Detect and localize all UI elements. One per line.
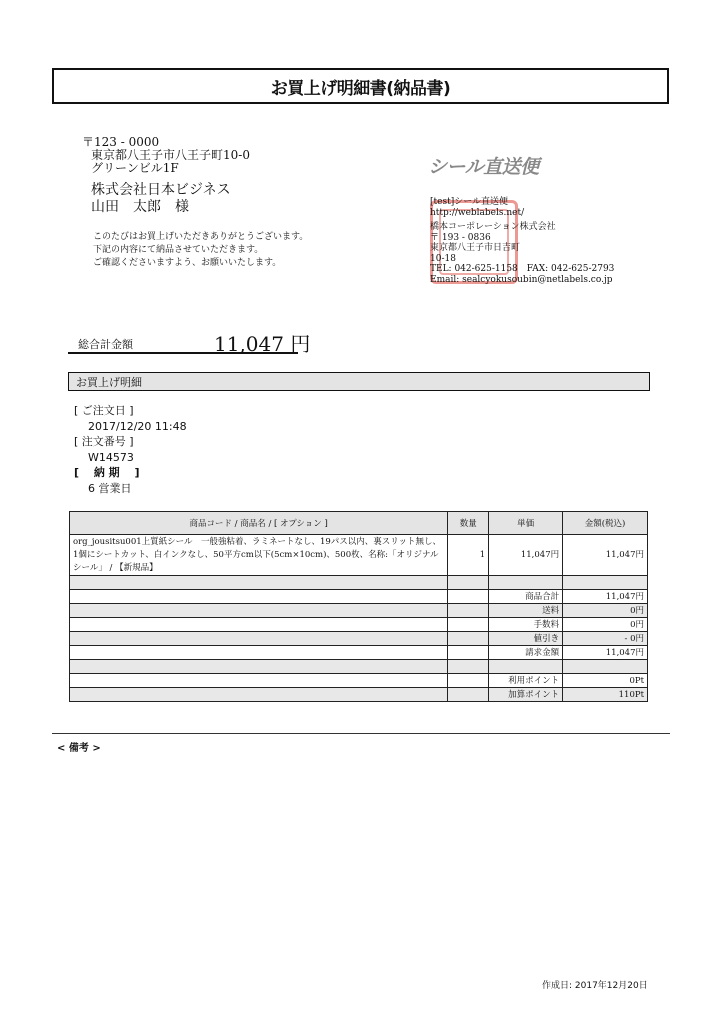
summary-value: 11,047円 <box>563 646 648 660</box>
summary-empty <box>70 590 448 604</box>
customer-address: 〒123 - 0000 東京都八王子市八王子町10-0 グリーンビル1F <box>82 136 250 175</box>
summary-row <box>70 576 648 590</box>
message-line: ご確認くださいますよう、お願いいたします。 <box>93 257 308 270</box>
order-number-value: W14573 <box>74 450 187 466</box>
order-date-value: 2017/12/20 11:48 <box>74 419 187 435</box>
message-line: このたびはお買上げいただきありがとうございます。 <box>93 231 308 244</box>
summary-empty <box>448 618 489 632</box>
summary-empty <box>448 646 489 660</box>
item-quantity: 1 <box>448 535 489 576</box>
total-label: 総合計金額 <box>78 336 133 352</box>
header-unit-price: 単価 <box>489 512 563 535</box>
summary-value: 0Pt <box>563 674 648 688</box>
order-number-label: [ 注文番号 ] <box>74 434 187 450</box>
summary-value: - 0円 <box>563 632 648 646</box>
summary-value: 110Pt <box>563 688 648 702</box>
customer-name: 山田 太郎 様 <box>91 199 231 216</box>
details-section-header: お買上げ明細 <box>68 372 650 391</box>
order-date-label: [ ご注文日 ] <box>74 403 187 419</box>
customer-address-line2: グリーンビル1F <box>82 162 250 175</box>
item-unit-price: 11,047円 <box>489 535 563 576</box>
summary-label: 値引き <box>489 632 563 646</box>
summary-row: 加算ポイント110Pt <box>70 688 648 702</box>
order-info: [ ご注文日 ] 2017/12/20 11:48 [ 注文番号 ] W1457… <box>74 403 187 496</box>
summary-row: 請求金額11,047円 <box>70 646 648 660</box>
summary-empty <box>70 674 448 688</box>
remarks-label: < 備考 > <box>57 739 101 754</box>
summary-label: 手数料 <box>489 618 563 632</box>
summary-empty <box>448 590 489 604</box>
summary-label <box>489 576 563 590</box>
summary-row: 手数料0円 <box>70 618 648 632</box>
summary-empty <box>70 618 448 632</box>
shop-info: [test]シール直送便 http://weblabels.net/ 橋本コーポ… <box>430 197 614 285</box>
summary-empty <box>448 660 489 674</box>
summary-row: 送料0円 <box>70 604 648 618</box>
table-header-row: 商品コード / 商品名 / [ オプション ] 数量 単価 金額(税込) <box>70 512 648 535</box>
item-amount: 11,047円 <box>563 535 648 576</box>
remarks-divider <box>52 733 670 734</box>
summary-empty <box>70 660 448 674</box>
summary-value: 11,047円 <box>563 590 648 604</box>
message-line: 下記の内容にて納品させていただきます。 <box>93 244 308 257</box>
thanks-message: このたびはお買上げいただきありがとうございます。 下記の内容にて納品させていただ… <box>93 231 308 270</box>
summary-value: 0円 <box>563 604 648 618</box>
shop-email: Email: sealcyokusoubin@netlabels.co.jp <box>430 275 614 286</box>
delivery-label: [ 納 期 ] <box>74 465 187 481</box>
summary-row: 利用ポイント0Pt <box>70 674 648 688</box>
summary-value <box>563 660 648 674</box>
header-amount: 金額(税込) <box>563 512 648 535</box>
summary-empty <box>448 576 489 590</box>
item-description: org_jousitsu001上質紙シール 一般強粘着、ラミネートなし、19パス… <box>70 535 448 576</box>
summary-label <box>489 660 563 674</box>
shop-postal: 〒 193 - 0836 <box>430 233 614 244</box>
summary-label: 加算ポイント <box>489 688 563 702</box>
shop-tel-fax: TEL: 042-625-1158 FAX: 042-625-2793 <box>430 264 614 275</box>
shop-store-name: [test]シール直送便 <box>430 197 614 208</box>
summary-empty <box>70 688 448 702</box>
summary-label: 利用ポイント <box>489 674 563 688</box>
items-table: 商品コード / 商品名 / [ オプション ] 数量 単価 金額(税込) org… <box>69 511 648 702</box>
summary-label: 送料 <box>489 604 563 618</box>
summary-value <box>563 576 648 590</box>
shop-logo: シール直送便 <box>428 152 539 179</box>
summary-label: 商品合計 <box>489 590 563 604</box>
summary-row <box>70 660 648 674</box>
summary-empty <box>70 576 448 590</box>
table-row: org_jousitsu001上質紙シール 一般強粘着、ラミネートなし、19パス… <box>70 535 648 576</box>
delivery-value: 6 営業日 <box>74 481 187 497</box>
summary-label: 請求金額 <box>489 646 563 660</box>
customer-company: 株式会社日本ビジネス <box>91 182 231 199</box>
summary-row: 値引き- 0円 <box>70 632 648 646</box>
shop-address-line1: 東京都八王子市日吉町 <box>430 243 614 254</box>
header-quantity: 数量 <box>448 512 489 535</box>
summary-empty <box>70 646 448 660</box>
summary-empty <box>448 674 489 688</box>
header-product: 商品コード / 商品名 / [ オプション ] <box>70 512 448 535</box>
shop-company: 橋本コーポレーション株式会社 <box>430 222 614 233</box>
summary-row: 商品合計11,047円 <box>70 590 648 604</box>
summary-empty <box>448 688 489 702</box>
total-underline <box>68 352 298 354</box>
shop-url: http://weblabels.net/ <box>430 208 614 219</box>
created-date: 作成日: 2017年12月20日 <box>542 978 648 991</box>
summary-value: 0円 <box>563 618 648 632</box>
shop-address-line2: 10-18 <box>430 254 614 265</box>
summary-empty <box>448 632 489 646</box>
summary-empty <box>70 632 448 646</box>
document-title: お買上げ明細書(納品書) <box>52 68 669 104</box>
customer-info: 株式会社日本ビジネス 山田 太郎 様 <box>91 182 231 216</box>
summary-empty <box>448 604 489 618</box>
summary-empty <box>70 604 448 618</box>
